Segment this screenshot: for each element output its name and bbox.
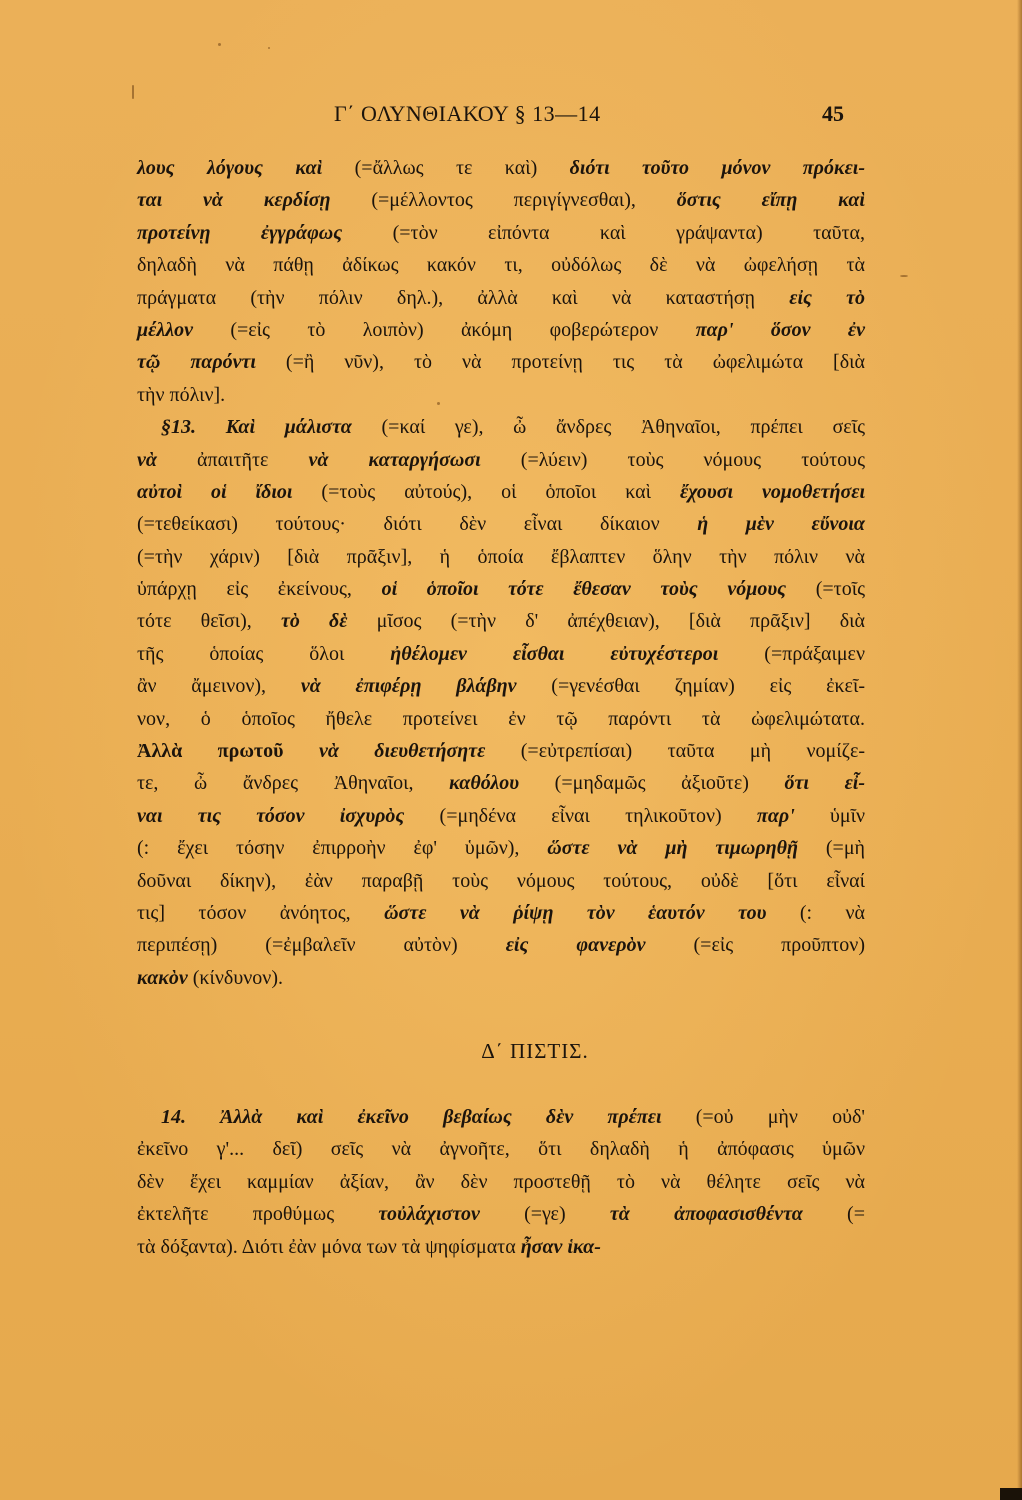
gloss-text: ἐκεῖνο γ'... δεῖ) σεῖς νὰ ἀγνοῆτε, ὅτι δ… [137, 1138, 865, 1160]
lemma-text: λους λόγους καὶ [137, 157, 355, 179]
gloss-text: ἀπαιτῆτε [197, 449, 308, 471]
gloss-text: (=μὴ [826, 837, 865, 859]
gloss-text: (=πράξαιμεν [764, 643, 865, 665]
paper-speck [218, 43, 221, 46]
gloss-text: πράγματα (τὴν πόλιν δηλ.), ἀλλὰ καὶ νὰ κ… [137, 287, 789, 309]
lemma-text: νὰ καταργήσωσι [309, 449, 521, 471]
lemma-text: ται νὰ κερδίσῃ [137, 189, 371, 211]
text-line: προτείνῃ ἐγγράφως (=τὸν εἰπόντα καὶ γράψ… [137, 217, 865, 249]
paper-speck [132, 85, 134, 99]
gloss-text: δὲν ἔχει καμμίαν ἀξίαν, ἂν δὲν προστεθῇ … [137, 1171, 865, 1193]
lemma-text: ὅτι εἶ- [785, 772, 865, 794]
gloss-text: (=τοῖς [816, 578, 865, 600]
lemma-text: εἰς τὸ [789, 287, 865, 309]
lemma-text: κακὸν [137, 967, 193, 989]
text-line: τότε θεῖσι), τὸ δὲ μῖσος (=τὴν δ' ἀπέχθε… [137, 605, 865, 637]
lemma-text: ὥστε νὰ ῥίψῃ τὸν ἑαυτόν του [384, 902, 800, 924]
lemma-text: ὥστε νὰ μὴ τιμωρηθῇ [547, 837, 826, 859]
text-line: πράγματα (τὴν πόλιν δηλ.), ἀλλὰ καὶ νὰ κ… [137, 282, 865, 314]
text-line: ἂν ἄμεινον), νὰ ἐπιφέρῃ βλάβην (=γενέσθα… [137, 670, 865, 702]
gloss-text: (=τεθείκασι) τούτους· διότι δὲν εἶναι δί… [137, 513, 697, 535]
gloss-text: τῆς ὁποίας ὅλοι [137, 643, 390, 665]
lemma-text: νὰ ἐπιφέρῃ βλάβην [301, 675, 551, 697]
gloss-text: (=εἰς προῦπτον) [694, 934, 866, 956]
text-line: δὲν ἔχει καμμίαν ἀξίαν, ἂν δὲν προστεθῇ … [137, 1166, 865, 1198]
gloss-text: δοῦναι δίκην), ἐὰν παραβῇ τοὺς νόμους το… [137, 870, 865, 892]
commentary-block-13: λους λόγους καὶ (=ἄλλως τε καὶ) διότι το… [137, 152, 865, 994]
text-line: Ἀλλὰ πρωτοῦ νὰ διευθετήσητε (=εὐτρεπίσαι… [137, 735, 865, 767]
gloss-text: τις] τόσον ἀνόητος, [137, 902, 384, 924]
gloss-text: (=γενέσθαι ζημίαν) εἰς ἐκεῖ- [551, 675, 865, 697]
text-line: (: ἔχει τόσην ἐπιρροὴν ἐφ' ὑμῶν), ὥστε ν… [137, 832, 865, 864]
lemma-text: τῷ παρόντι [137, 351, 286, 373]
text-line: τῆς ὁποίας ὅλοι ἠθέλομεν εἶσθαι εὐτυχέστ… [137, 638, 865, 670]
gloss-text: ἂν ἄμεινον), [137, 675, 301, 697]
text-line: τις] τόσον ἀνόητος, ὥστε νὰ ῥίψῃ τὸν ἑαυ… [137, 897, 865, 929]
text-line: 14. Ἀλλὰ καὶ ἐκεῖνο βεβαίως δὲν πρέπει (… [137, 1101, 865, 1133]
bold-text: Ἀλλὰ πρωτοῦ [137, 740, 319, 762]
gloss-text: (=μηδένα εἶναι τηλικοῦτον) [440, 805, 757, 827]
lemma-text: διότι τοῦτο μόνον πρόκει- [570, 157, 865, 179]
lemma-text: ἦσαν ἱκα- [521, 1236, 601, 1258]
gloss-text: τὴν πόλιν]. [137, 384, 225, 406]
lemma-text: παρ' ὅσον ἐν [696, 319, 865, 341]
lemma-text: §13. Καὶ μάλιστα [161, 416, 382, 438]
gloss-text: (=τοὺς αὐτούς), οἱ ὁποῖοι καὶ [321, 481, 680, 503]
lemma-text: τοὐλάχιστον [378, 1203, 524, 1225]
text-line: λους λόγους καὶ (=ἄλλως τε καὶ) διότι το… [137, 152, 865, 184]
lemma-text: ἔχουσι νομοθετήσει [680, 481, 865, 503]
text-line: ναι τις τόσον ἰσχυρὸς (=μηδένα εἶναι τηλ… [137, 800, 865, 832]
lemma-text: ναι τις τόσον ἰσχυρὸς [137, 805, 440, 827]
gloss-text: (=τὴν χάριν) [διὰ πρᾶξιν], ἡ ὁποία ἔβλαπ… [137, 546, 865, 568]
gloss-text: (=καί γε), ὦ ἄνδρες Ἀθηναῖοι, πρέπει σεῖ… [382, 416, 865, 438]
lemma-text: τὰ ἀποφασισθέντα [610, 1203, 847, 1225]
page-edge-shadow [1017, 0, 1022, 1500]
gloss-text: (: ἔχει τόσην ἐπιρροὴν ἐφ' ὑμῶν), [137, 837, 547, 859]
lemma-text: τὸ δὲ [281, 610, 377, 632]
page-corner-shadow [1000, 1488, 1022, 1500]
gloss-text: (=μέλλοντος περιγίγνεσθαι), [371, 189, 676, 211]
text-line: αὐτοὶ οἱ ἴδιοι (=τοὺς αὐτούς), οἱ ὁποῖοι… [137, 476, 865, 508]
gloss-text: (: νὰ [800, 902, 865, 924]
gloss-text: νον, ὁ ὁποῖος ἤθελε προτείνει ἐν τῷ παρό… [137, 708, 865, 730]
text-line: §13. Καὶ μάλιστα (=καί γε), ὦ ἄνδρες Ἀθη… [137, 411, 865, 443]
lemma-text: ἡ μὲν εὔνοια [697, 513, 865, 535]
lemma-text: εἰς φανερὸν [506, 934, 694, 956]
text-line: τὰ δόξαντα). Διότι ἐὰν μόνα των τὰ ψηφίσ… [137, 1231, 865, 1263]
gloss-text: (=λύειν) τοὺς νόμους τούτους [521, 449, 865, 471]
text-line: νον, ὁ ὁποῖος ἤθελε προτείνει ἐν τῷ παρό… [137, 703, 865, 735]
text-line: μέλλον (=εἰς τὸ λοιπὸν) ἀκόμη φοβερώτερο… [137, 314, 865, 346]
gloss-text: (=εἰς τὸ λοιπὸν) ἀκόμη φοβερώτερον [230, 319, 695, 341]
text-line: ὑπάρχῃ εἰς ἐκείνους, οἱ ὁποῖοι τότε ἔθεσ… [137, 573, 865, 605]
lemma-text: προτείνῃ ἐγγράφως [137, 222, 393, 244]
gloss-text: μῖσος (=τὴν δ' ἀπέχθειαν), [διὰ πρᾶξιν] … [377, 610, 865, 632]
gloss-text: τότε θεῖσι), [137, 610, 281, 632]
paper-speck [268, 47, 270, 49]
section-heading: Δ΄ ΠΙΣΤΙΣ. [0, 1039, 1022, 1064]
gloss-text: δηλαδὴ νὰ πάθῃ ἀδίκως κακόν τι, οὐδόλως … [137, 254, 865, 276]
gloss-text: (=ἄλλως τε καὶ) [355, 157, 570, 179]
gloss-text: ἐκτελῆτε προθύμως [137, 1203, 378, 1225]
text-line: περιπέσῃ) (=ἐμβαλεῖν αὐτὸν) εἰς φανερὸν … [137, 929, 865, 961]
lemma-text: 14. Ἀλλὰ καὶ ἐκεῖνο βεβαίως δὲν πρέπει [161, 1106, 696, 1128]
gloss-text: (κίνδυνον). [193, 967, 283, 989]
text-line: τῷ παρόντι (=ἢ νῦν), τὸ νὰ προτείνῃ τις … [137, 346, 865, 378]
lemma-text: οἱ ὁποῖοι τότε ἔθεσαν τοὺς νόμους [382, 578, 816, 600]
book-page: Γ΄ ΟΛΥΝΘΙΑΚΟΥ § 13—14 45 λους λόγους καὶ… [0, 0, 1022, 1500]
gloss-text: (=εὐτρεπίσαι) ταῦτα μὴ νομίζε- [521, 740, 865, 762]
text-line: (=τεθείκασι) τούτους· διότι δὲν εἶναι δί… [137, 508, 865, 540]
lemma-text: καθόλου [449, 772, 555, 794]
gloss-text: ὑπάρχῃ εἰς ἐκείνους, [137, 578, 382, 600]
lemma-text: αὐτοὶ οἱ ἴδιοι [137, 481, 321, 503]
lemma-text: παρ' [757, 805, 830, 827]
gloss-text: τε, ὦ ἄνδρες Ἀθηναῖοι, [137, 772, 449, 794]
gloss-text: (=οὐ μὴν οὐδ' [696, 1106, 865, 1128]
gloss-text: τὰ δόξαντα). Διότι ἐὰν μόνα των τὰ ψηφίσ… [137, 1236, 521, 1258]
text-line: ται νὰ κερδίσῃ (=μέλλοντος περιγίγνεσθαι… [137, 184, 865, 216]
commentary-block-14: 14. Ἀλλὰ καὶ ἐκεῖνο βεβαίως δὲν πρέπει (… [137, 1101, 865, 1263]
running-head: Γ΄ ΟΛΥΝΘΙΑΚΟΥ § 13—14 [334, 101, 714, 127]
lemma-text: μέλλον [137, 319, 230, 341]
text-line: ἐκεῖνο γ'... δεῖ) σεῖς νὰ ἀγνοῆτε, ὅτι δ… [137, 1133, 865, 1165]
gloss-text: (=γε) [524, 1203, 610, 1225]
lemma-text: νὰ [137, 449, 197, 471]
text-line: κακὸν (κίνδυνον). [137, 962, 865, 994]
text-line: νὰ ἀπαιτῆτε νὰ καταργήσωσι (=λύειν) τοὺς… [137, 444, 865, 476]
text-line: (=τὴν χάριν) [διὰ πρᾶξιν], ἡ ὁποία ἔβλαπ… [137, 541, 865, 573]
lemma-text: ὅστις εἴπῃ καὶ [677, 189, 865, 211]
text-line: τε, ὦ ἄνδρες Ἀθηναῖοι, καθόλου (=μηδαμῶς… [137, 767, 865, 799]
text-line: ἐκτελῆτε προθύμως τοὐλάχιστον (=γε) τὰ ἀ… [137, 1198, 865, 1230]
page-number: 45 [822, 101, 844, 127]
paper-speck [900, 275, 908, 277]
text-line: δηλαδὴ νὰ πάθῃ ἀδίκως κακόν τι, οὐδόλως … [137, 249, 865, 281]
lemma-text: νὰ διευθετήσητε [319, 740, 521, 762]
text-line: δοῦναι δίκην), ἐὰν παραβῇ τοὺς νόμους το… [137, 865, 865, 897]
gloss-text: (=ἢ νῦν), τὸ νὰ προτείνῃ τις τὰ ὠφελιμώτ… [286, 351, 865, 373]
lemma-text: ἠθέλομεν εἶσθαι εὐτυχέστεροι [390, 643, 764, 665]
gloss-text: περιπέσῃ) (=ἐμβαλεῖν αὐτὸν) [137, 934, 506, 956]
gloss-text: (= [847, 1203, 865, 1225]
gloss-text: (=μηδαμῶς ἀξιοῦτε) [555, 772, 785, 794]
gloss-text: (=τὸν εἰπόντα καὶ γράψαντα) ταῦτα, [393, 222, 865, 244]
text-line: τὴν πόλιν]. [137, 379, 865, 411]
gloss-text: ὑμῖν [830, 805, 865, 827]
